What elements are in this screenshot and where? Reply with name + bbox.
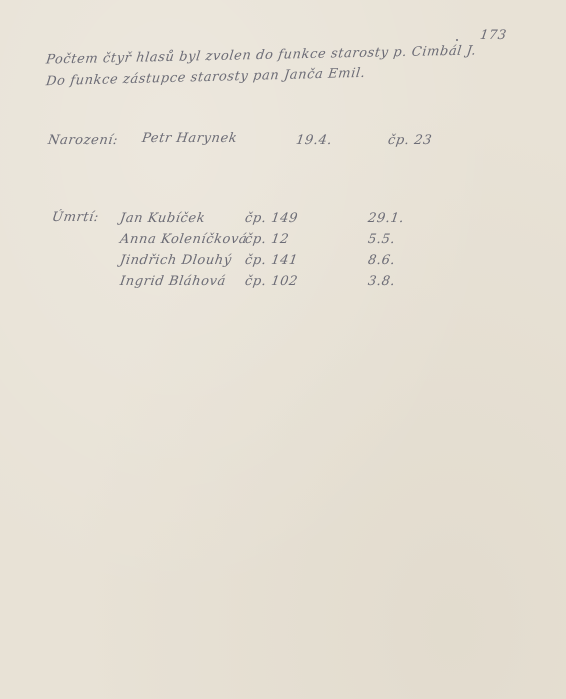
death-house-number: čp. 12 bbox=[244, 232, 290, 247]
death-name: Jindřich Dlouhý bbox=[119, 253, 233, 268]
death-house-number: čp. 102 bbox=[244, 274, 299, 289]
death-house-number: čp. 149 bbox=[244, 211, 299, 226]
death-name: Anna Koleníčková bbox=[119, 232, 248, 247]
deaths-label: Úmrtí: bbox=[51, 210, 100, 225]
chronicle-page: 173 Počtem čtyř hlasů byl zvolen do funk… bbox=[0, 0, 566, 699]
birth-house-number: čp. 23 bbox=[387, 133, 433, 148]
pencil-dot-mark bbox=[456, 39, 458, 41]
death-name: Ingrid Bláhová bbox=[119, 274, 227, 289]
death-house-number: čp. 141 bbox=[244, 253, 299, 268]
paragraph-line-1: Počtem čtyř hlasů byl zvolen do funkce s… bbox=[45, 43, 477, 67]
death-date: 5.5. bbox=[367, 232, 396, 247]
death-name: Jan Kubíček bbox=[119, 211, 206, 226]
births-label: Narození: bbox=[47, 133, 119, 148]
birth-name: Petr Harynek bbox=[141, 131, 238, 146]
birth-date: 19.4. bbox=[295, 133, 333, 148]
death-date: 3.8. bbox=[367, 274, 396, 289]
death-date: 8.6. bbox=[367, 253, 396, 268]
death-date: 29.1. bbox=[367, 211, 405, 226]
page-number: 173 bbox=[479, 28, 508, 43]
paragraph-line-2: Do funkce zástupce starosty pan Janča Em… bbox=[45, 66, 366, 89]
